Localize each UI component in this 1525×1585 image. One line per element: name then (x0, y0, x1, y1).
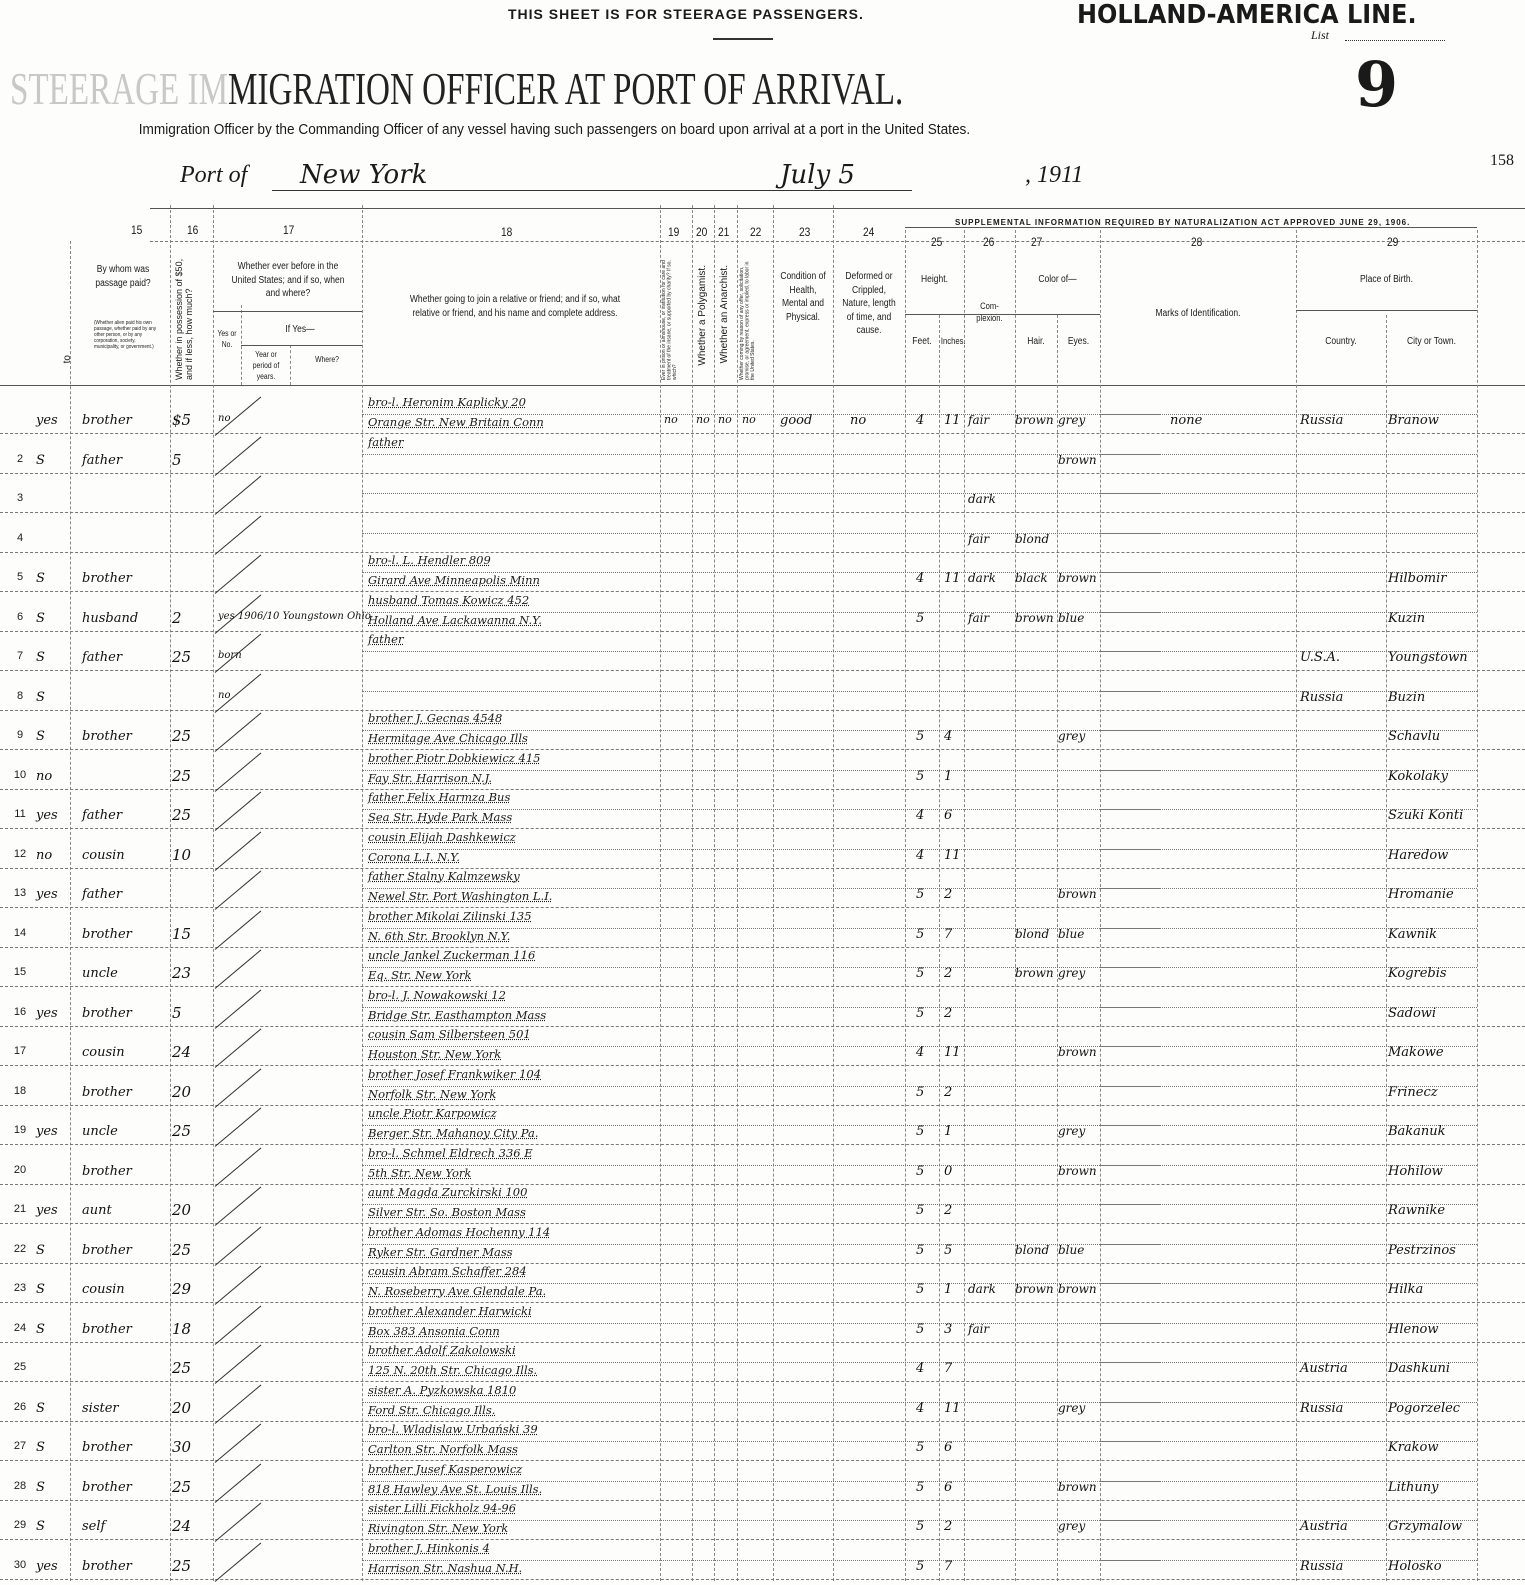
complexion-value: fair (968, 611, 989, 625)
passage-paid-by: sister (82, 1401, 119, 1416)
to-value: S (36, 729, 45, 744)
to-value: yes (36, 1006, 58, 1021)
ditto-mark (215, 831, 262, 870)
row-number: 18 (8, 1085, 32, 1097)
before-us-value: yes 1906/10 Youngstown Ohio (218, 611, 371, 622)
relative-address-line1: bro-l. Heronim Kaplicky 20 (368, 395, 526, 409)
birth-country: Russia (1300, 1401, 1343, 1416)
birth-city: Hlenow (1388, 1322, 1439, 1337)
row-number: 5 (8, 571, 32, 583)
birth-country: Russia (1300, 413, 1343, 428)
anarchist-value: no (718, 413, 732, 426)
passage-paid-by: cousin (82, 1282, 125, 1297)
ditto-mark (215, 950, 262, 989)
birth-country: U.S.A. (1300, 650, 1340, 665)
hair-color: black (1015, 571, 1048, 585)
relative-address-line2: Newel Str. Port Washington L.I. (368, 889, 552, 903)
relative-address-line2: Bridge Str. Easthampton Mass (368, 1008, 546, 1022)
row-number: 26 (8, 1401, 32, 1413)
ditto-mark (215, 1108, 262, 1147)
birth-city: Youngstown (1388, 650, 1468, 665)
to-value: S (36, 1480, 45, 1495)
birth-city: Lithuny (1388, 1480, 1438, 1495)
complexion-value: fair (968, 532, 989, 546)
height-feet: 5 (916, 1006, 924, 1021)
ditto-mark (215, 871, 262, 910)
city-header: City or Town. (1393, 335, 1470, 349)
relative-address-line2: Rivington Str. New York (368, 1521, 508, 1535)
row-number: 12 (8, 848, 32, 860)
complexion-value: fair (968, 1322, 989, 1336)
marks-sub-rule (1100, 533, 1477, 534)
supplemental-rule (905, 227, 1477, 228)
list-label: List (1311, 28, 1329, 43)
country-header: Country. (1303, 335, 1380, 349)
to-label: to (62, 355, 73, 363)
eye-color: brown (1058, 453, 1097, 467)
table-row: 17 cousin 24 cousin Sam Silbersteen 501 … (0, 1027, 1525, 1066)
passage-paid-by: cousin (82, 1045, 125, 1060)
ditto-mark (215, 910, 262, 949)
header-divider (713, 38, 773, 40)
condition-header: Condition of Health, Mental and Physical… (779, 270, 827, 324)
ditto-mark (215, 1029, 262, 1068)
money-amount: 20 (172, 1399, 191, 1417)
birth-city: Sadowi (1388, 1006, 1436, 1021)
money-amount: 30 (172, 1438, 191, 1456)
height-feet: 5 (916, 1085, 924, 1100)
complexion-header: Com-plexion. (968, 300, 1011, 324)
shipping-line-name: HOLLAND-AMERICA LINE. (1077, 0, 1417, 30)
eye-color: grey (1058, 966, 1085, 980)
table-row: 20 brother bro-l. Schmel Eldrech 336 E 5… (0, 1146, 1525, 1185)
height-inches: 11 (944, 1401, 961, 1416)
eye-color: blue (1058, 611, 1084, 625)
ditto-mark (215, 989, 262, 1028)
join-relative-header: Whether going to join a relative or frie… (409, 293, 622, 320)
address-sub-rule (362, 493, 1160, 494)
table-row: 16 yes brother 5 bro-l. J. Nowakowski 12… (0, 988, 1525, 1027)
passage-paid-by: uncle (82, 1124, 118, 1139)
passage-paid-by: husband (82, 611, 138, 626)
ditto-mark (215, 752, 262, 791)
to-value: no (36, 769, 52, 784)
height-inches: 11 (944, 413, 961, 428)
passage-paid-by: cousin (82, 848, 125, 863)
prison-header: Ever in prison or almshouse, or institut… (662, 255, 690, 380)
if-yes-header: If Yes— (258, 323, 343, 337)
relative-address-line2: Box 383 Ansonia Conn (368, 1324, 500, 1338)
relative-address-line2: N. Roseberry Ave Glendale Pa. (368, 1284, 546, 1298)
eye-color: brown (1058, 887, 1097, 901)
to-value: yes (36, 413, 58, 428)
height-inches: 2 (944, 887, 952, 902)
passage-paid-by: aunt (82, 1203, 112, 1218)
height-inches: 3 (944, 1322, 952, 1337)
passage-paid-by: brother (82, 927, 132, 942)
ditto-mark (215, 1424, 262, 1463)
birth-rule (1296, 310, 1477, 311)
to-value: S (36, 611, 45, 626)
birth-city: Kokolaky (1388, 769, 1448, 784)
row-number: 8 (8, 690, 32, 702)
eye-color: grey (1058, 1519, 1085, 1533)
money-amount: 25 (172, 767, 191, 785)
row-number: 13 (8, 887, 32, 899)
table-row: 18 brother 20 brother Josef Frankwiker 1… (0, 1067, 1525, 1106)
to-value: S (36, 1440, 45, 1455)
place-of-birth-header: Place of Birth. (1310, 273, 1464, 287)
birth-city: Haredow (1388, 848, 1448, 863)
col-number: 15 (131, 223, 142, 237)
birth-country: Russia (1300, 690, 1343, 705)
money-amount: 15 (172, 925, 191, 943)
contract-labor-header: Whether coming by reason of any offer, s… (740, 255, 770, 380)
ditto-mark (215, 1305, 262, 1344)
birth-city: Pogorzelec (1388, 1401, 1460, 1416)
row-rule (0, 1579, 1525, 1580)
height-feet: 4 (916, 413, 924, 428)
height-inches: 2 (944, 966, 952, 981)
hair-color: brown (1015, 413, 1054, 427)
money-amount: 25 (172, 1359, 191, 1377)
money-amount: 18 (172, 1320, 191, 1338)
row-number: 14 (8, 927, 32, 939)
table-row: 5 S brother bro-l. L. Hendler 809 Girard… (0, 553, 1525, 592)
form-title-text: MIGRATION OFFICER AT PORT OF ARRIVAL. (228, 63, 903, 114)
money-amount: 20 (172, 1201, 191, 1219)
complexion-value: dark (968, 571, 996, 585)
table-row: yes brother $5 no bro-l. Heronim Kaplick… (0, 395, 1525, 434)
row-number: 19 (8, 1124, 32, 1136)
height-inches: 11 (944, 1045, 961, 1060)
relative-address-line1: cousin Abram Schaffer 284 (368, 1264, 527, 1278)
row-number: 20 (8, 1164, 32, 1176)
row-number: 29 (8, 1519, 32, 1531)
passage-paid-note: (Whether alien paid his own passage, whe… (94, 320, 162, 350)
height-feet: 4 (916, 1401, 924, 1416)
list-field (1345, 40, 1445, 41)
money-amount: 25 (172, 1122, 191, 1140)
table-row: 14 brother 15 brother Mikolai Zilinski 1… (0, 909, 1525, 948)
passage-paid-by: brother (82, 413, 132, 428)
passage-paid-by: brother (82, 1322, 132, 1337)
height-feet: 5 (916, 729, 924, 744)
relative-address-line1: brother Piotr Dobkiewicz 415 (368, 751, 540, 765)
height-feet: 5 (916, 1322, 924, 1337)
table-row: 12 no cousin 10 cousin Elijah Dashkewicz… (0, 830, 1525, 869)
to-value: S (36, 690, 45, 705)
col-number: 28 (1191, 235, 1202, 249)
relative-address-line1: aunt Magda Zurckirski 100 (368, 1185, 527, 1199)
relative-address-line1: brother J. Hinkonis 4 (368, 1541, 490, 1555)
eye-color: brown (1058, 1045, 1097, 1059)
relative-address-line2: Corona L.I. N.Y. (368, 850, 460, 864)
before-us-rule (213, 311, 362, 312)
money-amount: 23 (172, 964, 191, 982)
ditto-mark (215, 1266, 262, 1305)
relative-address-line2: Hermitage Ave Chicago Ills (368, 731, 528, 745)
col-number: 27 (1031, 235, 1042, 249)
relative-address-line1: bro-l. Schmel Eldrech 336 E (368, 1146, 533, 1160)
anarchist-header: Whether an Anarchist. (719, 265, 730, 363)
height-feet: 4 (916, 1045, 924, 1060)
to-value: yes (36, 808, 58, 823)
row-number: 10 (8, 769, 32, 781)
col-number: 22 (750, 225, 761, 239)
eye-color: blue (1058, 927, 1084, 941)
birth-city: Krakow (1388, 1440, 1439, 1455)
marks-sub-rule (1100, 493, 1477, 494)
address-sub-rule (362, 1165, 1160, 1166)
relative-address-line2: Eq. Str. New York (368, 968, 471, 982)
height-inches: 6 (944, 808, 952, 823)
birth-city: Hromanie (1388, 887, 1454, 902)
ditto-mark (215, 1345, 262, 1384)
ditto-mark (215, 1187, 262, 1226)
eye-color: brown (1058, 1164, 1097, 1178)
row-number: 6 (8, 611, 32, 623)
passage-paid-by: self (82, 1519, 105, 1534)
ditto-mark (215, 792, 262, 831)
birth-city: Makowe (1388, 1045, 1444, 1060)
where-header: Where? (301, 355, 354, 366)
height-feet: 5 (916, 1282, 924, 1297)
form-subtitle-faded (10, 122, 139, 138)
money-amount: 25 (172, 727, 191, 745)
relative-address-line2: Ryker Str. Gardner Mass (368, 1245, 513, 1259)
table-row: 9 S brother 25 brother J. Gecnas 4548 He… (0, 711, 1525, 750)
polygamist-value: no (696, 413, 710, 426)
height-feet: 5 (916, 1164, 924, 1179)
birth-city: Hilbomir (1388, 571, 1447, 586)
row-number: 30 (8, 1559, 32, 1571)
table-row: 10 no 25 brother Piotr Dobkiewicz 415 Fa… (0, 751, 1525, 790)
yes-no-header: Yes or No. (215, 329, 239, 351)
deformed-header: Deformed or Crippled, Nature, length of … (840, 270, 898, 338)
relative-address-line2: Orange Str. New Britain Conn (368, 415, 544, 429)
identification-marks: none (1170, 413, 1202, 428)
height-header: Height. (909, 273, 959, 287)
height-inches: 5 (944, 1243, 952, 1258)
relative-address-line2: Carlton Str. Norfolk Mass (368, 1442, 518, 1456)
relative-address-line1: sister Lilli Fickholz 94-96 (368, 1501, 516, 1515)
relative-address-line2: N. 6th Str. Brooklyn N.Y. (368, 929, 510, 943)
ditto-mark (215, 1542, 262, 1581)
height-feet: 4 (916, 848, 924, 863)
passage-paid-by: brother (82, 1085, 132, 1100)
height-feet: 5 (916, 1480, 924, 1495)
form-title: STEERAGE IMMIGRATION OFFICER AT PORT OF … (10, 62, 903, 115)
table-row: 3 dark (0, 474, 1525, 513)
eye-color: brown (1058, 1480, 1097, 1494)
port-value: New York (300, 160, 427, 190)
relative-address-line1: bro-l. L. Hendler 809 (368, 553, 491, 567)
relative-address-line1: bro-l. J. Nowakowski 12 (368, 988, 506, 1002)
row-number: 21 (8, 1203, 32, 1215)
hair-color: blond (1015, 927, 1049, 941)
height-feet: 5 (916, 1559, 924, 1574)
to-value: yes (36, 1203, 58, 1218)
hair-color: blond (1015, 532, 1049, 546)
height-rule (905, 314, 964, 315)
col-number: 26 (983, 235, 994, 249)
column-number-rule (150, 241, 1525, 242)
row-number: 17 (8, 1045, 32, 1057)
before-us-value: no (218, 690, 230, 701)
table-row: 13 yes father father Stalny Kalmzewsky N… (0, 869, 1525, 908)
height-feet: 4 (916, 571, 924, 586)
height-feet: 5 (916, 1124, 924, 1139)
to-value: yes (36, 887, 58, 902)
col-number: 18 (501, 225, 512, 239)
height-inches: 0 (944, 1164, 952, 1179)
to-value: S (36, 1243, 45, 1258)
prison-value: no (664, 413, 678, 426)
relative-address-line2: Girard Ave Minneapolis Minn (368, 573, 540, 587)
relative-address-line1: cousin Elijah Dashkewicz (368, 830, 516, 844)
hair-color: brown (1015, 966, 1054, 980)
hair-header: Hair. (1018, 335, 1054, 349)
table-row: 24 S brother 18 brother Alexander Harwic… (0, 1304, 1525, 1343)
table-row: 2 S father 5 father brown (0, 435, 1525, 474)
table-row: 28 S brother 25 brother Jusef Kasperowic… (0, 1462, 1525, 1501)
birth-country: Austria (1300, 1361, 1348, 1376)
passage-paid-by: brother (82, 1164, 132, 1179)
birth-city: Hilka (1388, 1282, 1423, 1297)
birth-city: Pestrzinos (1388, 1243, 1456, 1258)
row-number: 4 (8, 532, 32, 544)
eyes-header: Eyes. (1060, 335, 1097, 349)
relative-address-line2: Houston Str. New York (368, 1047, 501, 1061)
eye-color: brown (1058, 571, 1097, 585)
relative-address-line2: 5th Str. New York (368, 1166, 471, 1180)
col-number: 23 (799, 225, 810, 239)
to-value: S (36, 1322, 45, 1337)
money-amount: 5 (172, 451, 182, 469)
marks-header: Marks of Identification. (1115, 307, 1282, 321)
birth-city: Bakanuk (1388, 1124, 1446, 1139)
table-row: 30 yes brother 25 brother J. Hinkonis 4 … (0, 1541, 1525, 1580)
ditto-mark (215, 515, 262, 554)
complexion-value: fair (968, 413, 989, 427)
relative-address-line1: brother Adolf Zakolowski (368, 1343, 516, 1357)
money-amount: 25 (172, 1241, 191, 1259)
passage-paid-header: By whom was passage paid? (85, 263, 162, 290)
address-sub-rule (362, 454, 1160, 455)
condition-value: good (780, 413, 812, 428)
color-of-header: Color of— (1021, 273, 1093, 287)
before-us-value: born (218, 650, 242, 661)
height-inches: 1 (944, 1124, 952, 1139)
relative-address-line2: Ford Str. Chicago Ills. (368, 1403, 495, 1417)
list-number: 9 (1355, 48, 1398, 121)
relative-address-line1: husband Tomas Kowicz 452 (368, 593, 529, 607)
passage-paid-by: brother (82, 1559, 132, 1574)
col-number: 21 (718, 225, 729, 239)
birth-city: Dashkuni (1388, 1361, 1450, 1376)
row-number: 28 (8, 1480, 32, 1492)
passage-paid-by: father (82, 453, 122, 468)
relative-address-line2: Berger Str. Mahanoy City Pa. (368, 1126, 538, 1140)
relative-address-line2: Sea Str. Hyde Park Mass (368, 810, 512, 824)
inches-header: Inches. (941, 335, 962, 347)
to-value: S (36, 1519, 45, 1534)
ditto-mark (215, 713, 262, 752)
row-number: 11 (8, 808, 32, 820)
feet-header: Feet. (908, 335, 937, 349)
height-inches: 2 (944, 1203, 952, 1218)
complexion-value: dark (968, 492, 996, 506)
birth-city: Buzin (1388, 690, 1425, 705)
birth-city: Holosko (1388, 1559, 1442, 1574)
birth-city: Szuki Konti (1388, 808, 1463, 823)
relative-address-line2: Holland Ave Lackawanna N.Y. (368, 613, 542, 627)
relative-address-line1: brother Jusef Kasperowicz (368, 1462, 522, 1476)
ditto-mark (215, 1147, 262, 1186)
money-amount: 2 (172, 609, 182, 627)
col-number: 17 (283, 223, 294, 237)
passage-paid-by: uncle (82, 966, 118, 981)
to-value: yes (36, 1124, 58, 1139)
polygamist-header: Whether a Polygamist. (697, 265, 708, 366)
relative-address-line1: father (368, 632, 403, 646)
relative-address-line1: brother Josef Frankwiker 104 (368, 1067, 541, 1081)
ditto-mark (215, 476, 262, 515)
passage-paid-by: father (82, 808, 122, 823)
height-feet: 5 (916, 611, 924, 626)
eye-color: grey (1058, 1124, 1085, 1138)
height-feet: 5 (916, 1243, 924, 1258)
arrival-date: July 5 (780, 160, 855, 190)
height-feet: 5 (916, 769, 924, 784)
money-amount: 25 (172, 1478, 191, 1496)
relative-address-line1: brother J. Gecnas 4548 (368, 711, 502, 725)
hair-color: brown (1015, 1282, 1054, 1296)
relative-address-line1: brother Adomas Hochenny 114 (368, 1225, 550, 1239)
table-row: 26 S sister 20 sister A. Pyzkowska 1810 … (0, 1383, 1525, 1422)
height-inches: 7 (944, 1361, 952, 1376)
passage-paid-by: brother (82, 1243, 132, 1258)
birth-city: Frinecz (1388, 1085, 1438, 1100)
to-value: yes (36, 1559, 58, 1574)
port-label: Port of (180, 162, 247, 189)
birth-country: Russia (1300, 1559, 1343, 1574)
relative-address-line1: uncle Piotr Karpowicz (368, 1106, 497, 1120)
col-number: 19 (668, 225, 679, 239)
relative-address-line2: Harrison Str. Nashua N.H. (368, 1561, 522, 1575)
relative-address-line1: father Felix Harmza Bus (368, 790, 510, 804)
ditto-mark (215, 1384, 262, 1423)
eye-color: grey (1058, 413, 1085, 427)
relative-address-line2: Silver Str. So. Boston Mass (368, 1205, 526, 1219)
passage-paid-by: father (82, 887, 122, 902)
to-value: S (36, 1282, 45, 1297)
table-row: 8 S no Russia Buzin (0, 672, 1525, 711)
birth-city: Rawnike (1388, 1203, 1445, 1218)
birth-city: Kuzin (1388, 611, 1425, 626)
height-inches: 4 (944, 729, 952, 744)
year-period-header: Year or period of years. (246, 350, 287, 382)
table-row: 4 fair blond (0, 514, 1525, 553)
birth-city: Schavlu (1388, 729, 1440, 744)
deformed-value: no (850, 413, 866, 428)
relative-address-line1: brother Alexander Harwicki (368, 1304, 532, 1318)
relative-address-line2: Norfolk Str. New York (368, 1087, 496, 1101)
ditto-mark (215, 555, 262, 594)
passage-paid-by: brother (82, 1440, 132, 1455)
height-feet: 4 (916, 808, 924, 823)
